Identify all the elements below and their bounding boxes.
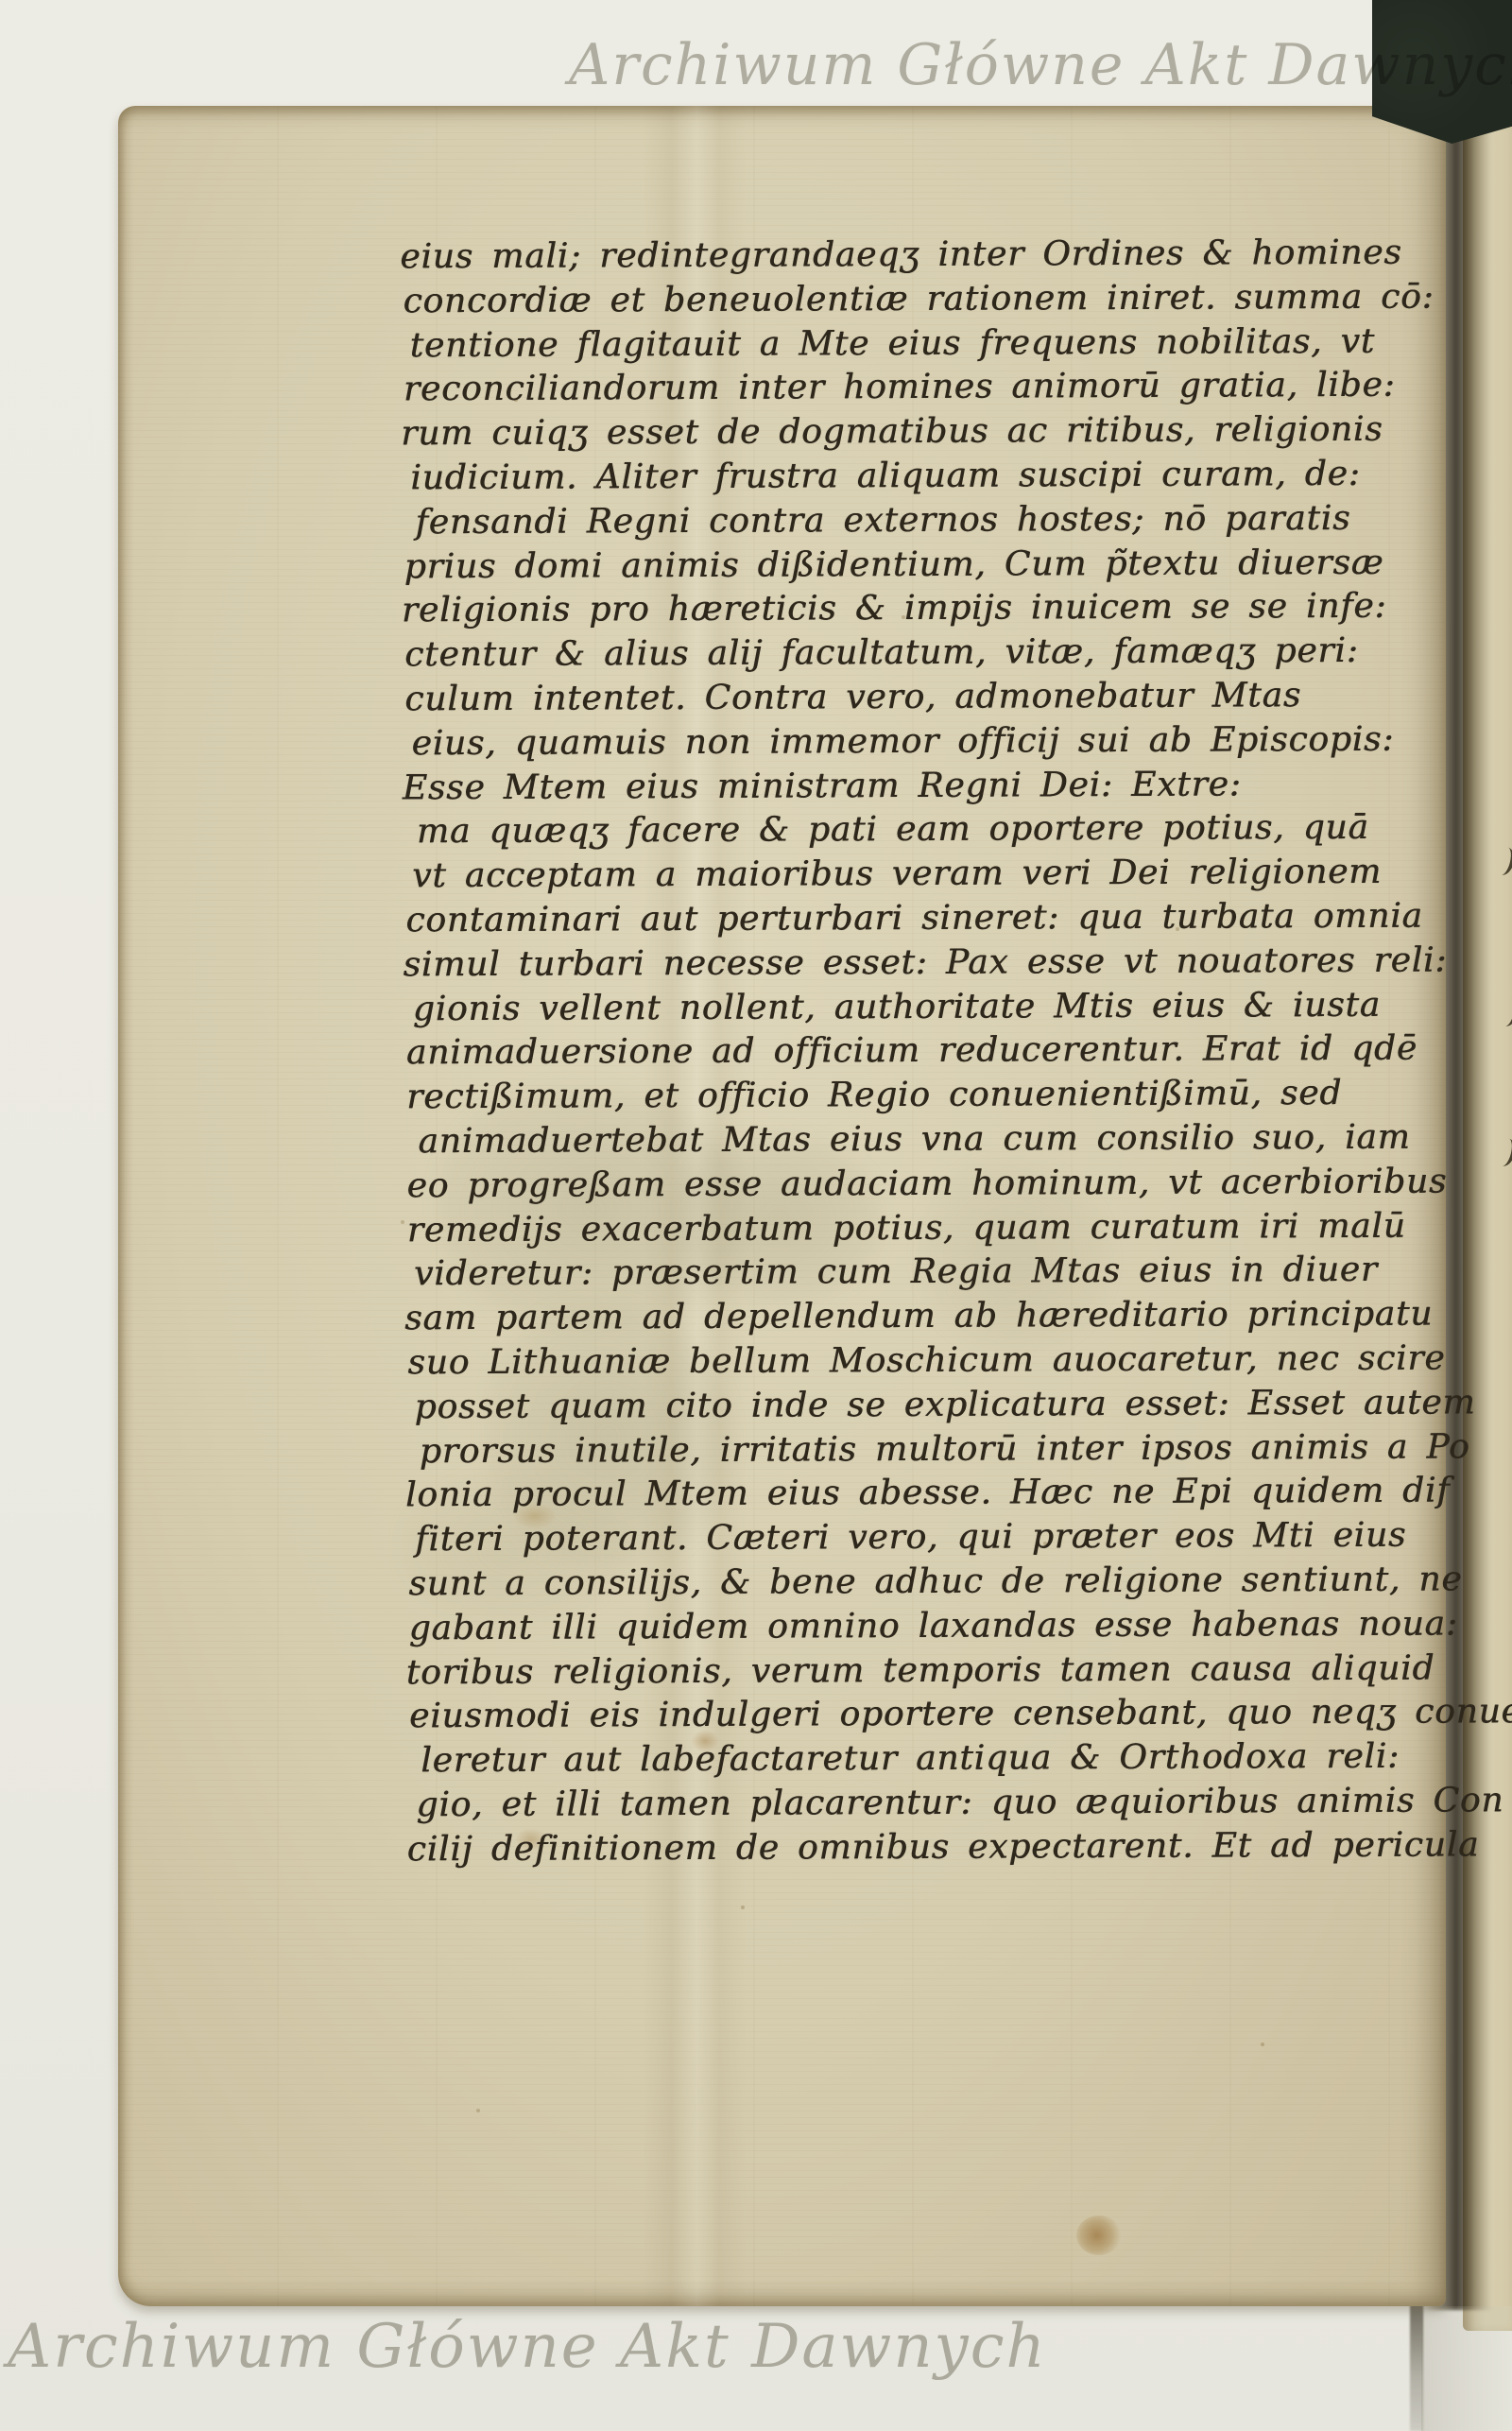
manuscript-line: prius domi animis dißidentium, Cum p̃tex… [404, 541, 1406, 589]
manuscript-line: gio, et illi tamen placarentur: quo æqui… [416, 1780, 1411, 1828]
ink-stroke [1492, 845, 1512, 877]
manuscript-line: culum intentet. Contra vero, admonebatur… [404, 674, 1406, 722]
manuscript-line: gabant illi quidem omnino laxandas esse … [409, 1602, 1411, 1650]
manuscript-line: leretur aut labefactaretur antiqua & Ort… [421, 1735, 1411, 1784]
manuscript-line: tentione flagitauit a Mte eius frequens … [410, 319, 1405, 368]
manuscript-line: videretur: præsertim cum Regia Mtas eius… [414, 1249, 1409, 1297]
manuscript-line: lonia procul Mtem eius abesse. Hæc ne Ep… [405, 1470, 1410, 1518]
gutter-bottom-line [1410, 2295, 1423, 2431]
manuscript-line: posset quam cito inde se explicatura ess… [415, 1381, 1410, 1429]
manuscript-page: eius mali; redintegrandaeqʒ inter Ordine… [118, 106, 1446, 2306]
manuscript-line: iudicium. Aliter frustra aliquam suscipi… [410, 453, 1405, 501]
manuscript-line: animaduersione ad officium reducerentur.… [406, 1027, 1408, 1076]
manuscript-line: toribus religionis, verum temporis tamen… [406, 1647, 1411, 1695]
manuscript-line: sam partem ad depellendum ab hæreditario… [404, 1293, 1409, 1341]
manuscript-line: rum cuiqʒ esset de dogmatibus ac ritibus… [401, 408, 1405, 457]
watermark-top: Archiwum Główne Akt Dawnych [569, 32, 1512, 98]
manuscript-line: ctentur & alius alij facultatum, vitæ, f… [404, 629, 1406, 678]
manuscript-line: Esse Mtem eius ministram Regni Dei: Extr… [403, 762, 1407, 810]
page-text-block: eius mali; redintegrandaeqʒ inter Ordine… [403, 232, 1412, 1872]
manuscript-line: religionis pro hæreticis & impijs inuice… [402, 585, 1406, 633]
stain [1076, 2215, 1122, 2255]
manuscript-line: cilij definitionem de omnibus expectaren… [407, 1823, 1412, 1871]
ink-stroke [1496, 996, 1512, 1028]
archive-scan: eius mali; redintegrandaeqʒ inter Ordine… [0, 0, 1512, 2431]
manuscript-line: suo Lithuaniæ bellum Moschicum auocaretu… [407, 1337, 1409, 1386]
gutter-bottom-shading [1421, 2306, 1512, 2431]
manuscript-line: prorsus inutile, irritatis multorū inter… [420, 1425, 1410, 1474]
paper-speckles [118, 106, 120, 108]
watermark-bottom: Archiwum Główne Akt Dawnych [8, 2312, 1047, 2382]
manuscript-line: eius mali; redintegrandaeqʒ inter Ordine… [400, 232, 1404, 280]
manuscript-line: concordiæ et beneuolentiæ rationem inire… [403, 275, 1404, 323]
manuscript-line: ma quæqʒ facere & pati eam oportere poti… [417, 806, 1407, 854]
manuscript-line: fensandi Regni contra externos hostes; n… [415, 496, 1405, 544]
manuscript-line: eo progreßam esse audaciam hominum, vt a… [407, 1160, 1409, 1208]
manuscript-line: vt acceptam a maioribus veram veri Dei r… [412, 851, 1407, 899]
manuscript-line: reconciliandorum inter homines animorū g… [404, 364, 1405, 412]
manuscript-line: rectißimum, et officio Regio conuenienti… [406, 1072, 1408, 1120]
manuscript-line: fiteri poterant. Cæteri vero, qui præter… [415, 1514, 1410, 1562]
manuscript-line: contaminari aut perturbari sineret: qua … [405, 895, 1407, 943]
manuscript-line: eius, quamuis non immemor officij sui ab… [411, 717, 1406, 766]
manuscript-line: sunt a consilijs, & bene adhuc de religi… [408, 1559, 1410, 1607]
ink-stroke [1493, 1136, 1512, 1168]
manuscript-line: eiusmodi eis indulgeri oportere censeban… [409, 1691, 1411, 1739]
manuscript-line: simul turbari necesse esset: Pax esse vt… [403, 939, 1407, 987]
manuscript-line: animaduertebat Mtas eius vna cum consili… [418, 1116, 1408, 1164]
manuscript-line: remedijs exacerbatum potius, quam curatu… [407, 1204, 1409, 1252]
manuscript-line: gionis vellent nollent, authoritate Mtis… [413, 983, 1408, 1031]
